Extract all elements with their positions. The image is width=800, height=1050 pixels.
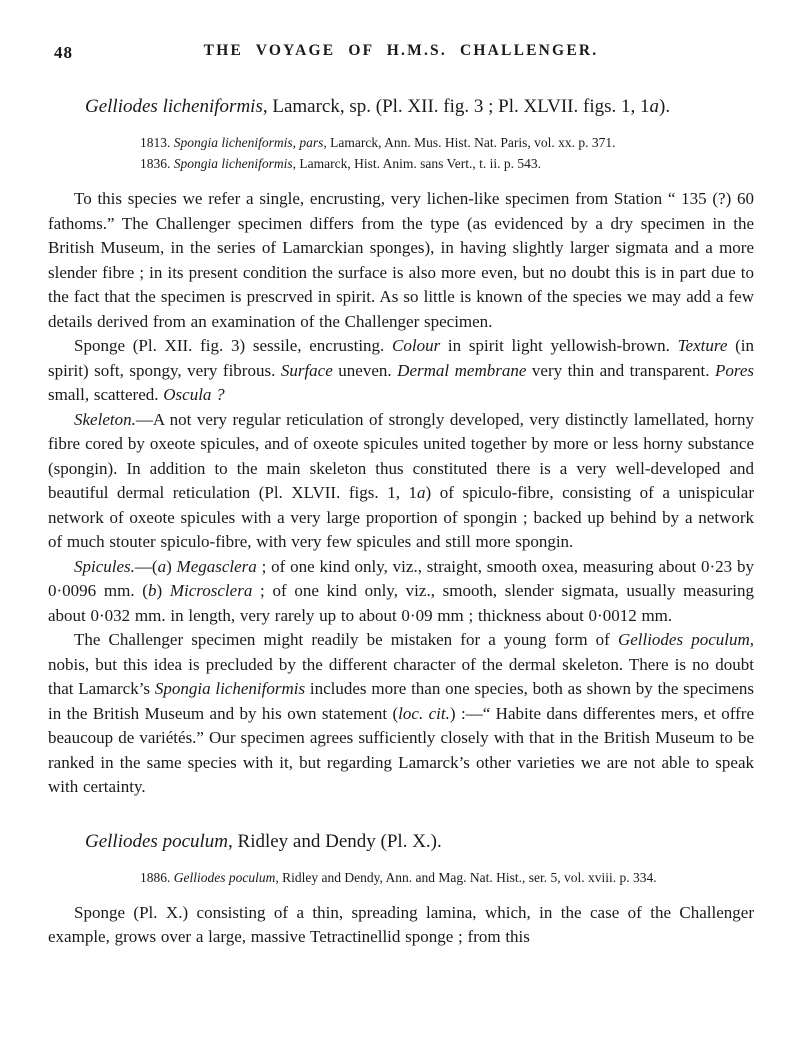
paragraph-species-account: To this species we refer a single, encru…: [48, 187, 754, 334]
synonymy-list: 1886. Gelliodes poculum, Ridley and Dend…: [140, 867, 754, 888]
section-gelliodes-licheniformis: Gelliodes licheniformis, Lamarck, sp. (P…: [48, 95, 754, 800]
page-header: 48 THE VOYAGE OF H.M.S. CHALLENGER.: [48, 42, 754, 62]
species-heading: Gelliodes licheniformis, Lamarck, sp. (P…: [85, 95, 754, 120]
paragraph-species-account: Sponge (Pl. X.) consisting of a thin, sp…: [48, 901, 754, 950]
book-page: 48 THE VOYAGE OF H.M.S. CHALLENGER. Gell…: [0, 0, 800, 1050]
synonymy-entry-1836: 1836. Spongia licheniformis, Lamarck, Hi…: [140, 153, 754, 174]
running-title: THE VOYAGE OF H.M.S. CHALLENGER.: [204, 42, 599, 59]
species-heading: Gelliodes poculum, Ridley and Dendy (Pl.…: [85, 830, 754, 855]
synonymy-entry-1813: 1813. Spongia licheniformis, pars, Lamar…: [140, 132, 754, 153]
paragraph-spicules: Spicules.—(a) Megasclera ; of one kind o…: [48, 555, 754, 629]
paragraph-external-characters: Sponge (Pl. XII. fig. 3) sessile, encrus…: [48, 334, 754, 408]
paragraph-discussion: The Challenger specimen might readily be…: [48, 628, 754, 800]
paragraph-skeleton: Skeleton.—A not very regular reticulatio…: [48, 408, 754, 555]
section-gelliodes-poculum: Gelliodes poculum, Ridley and Dendy (Pl.…: [48, 830, 754, 950]
synonymy-list: 1813. Spongia licheniformis, pars, Lamar…: [140, 132, 754, 175]
page-number: 48: [54, 43, 73, 63]
synonymy-entry-1886: 1886. Gelliodes poculum, Ridley and Dend…: [140, 867, 754, 888]
